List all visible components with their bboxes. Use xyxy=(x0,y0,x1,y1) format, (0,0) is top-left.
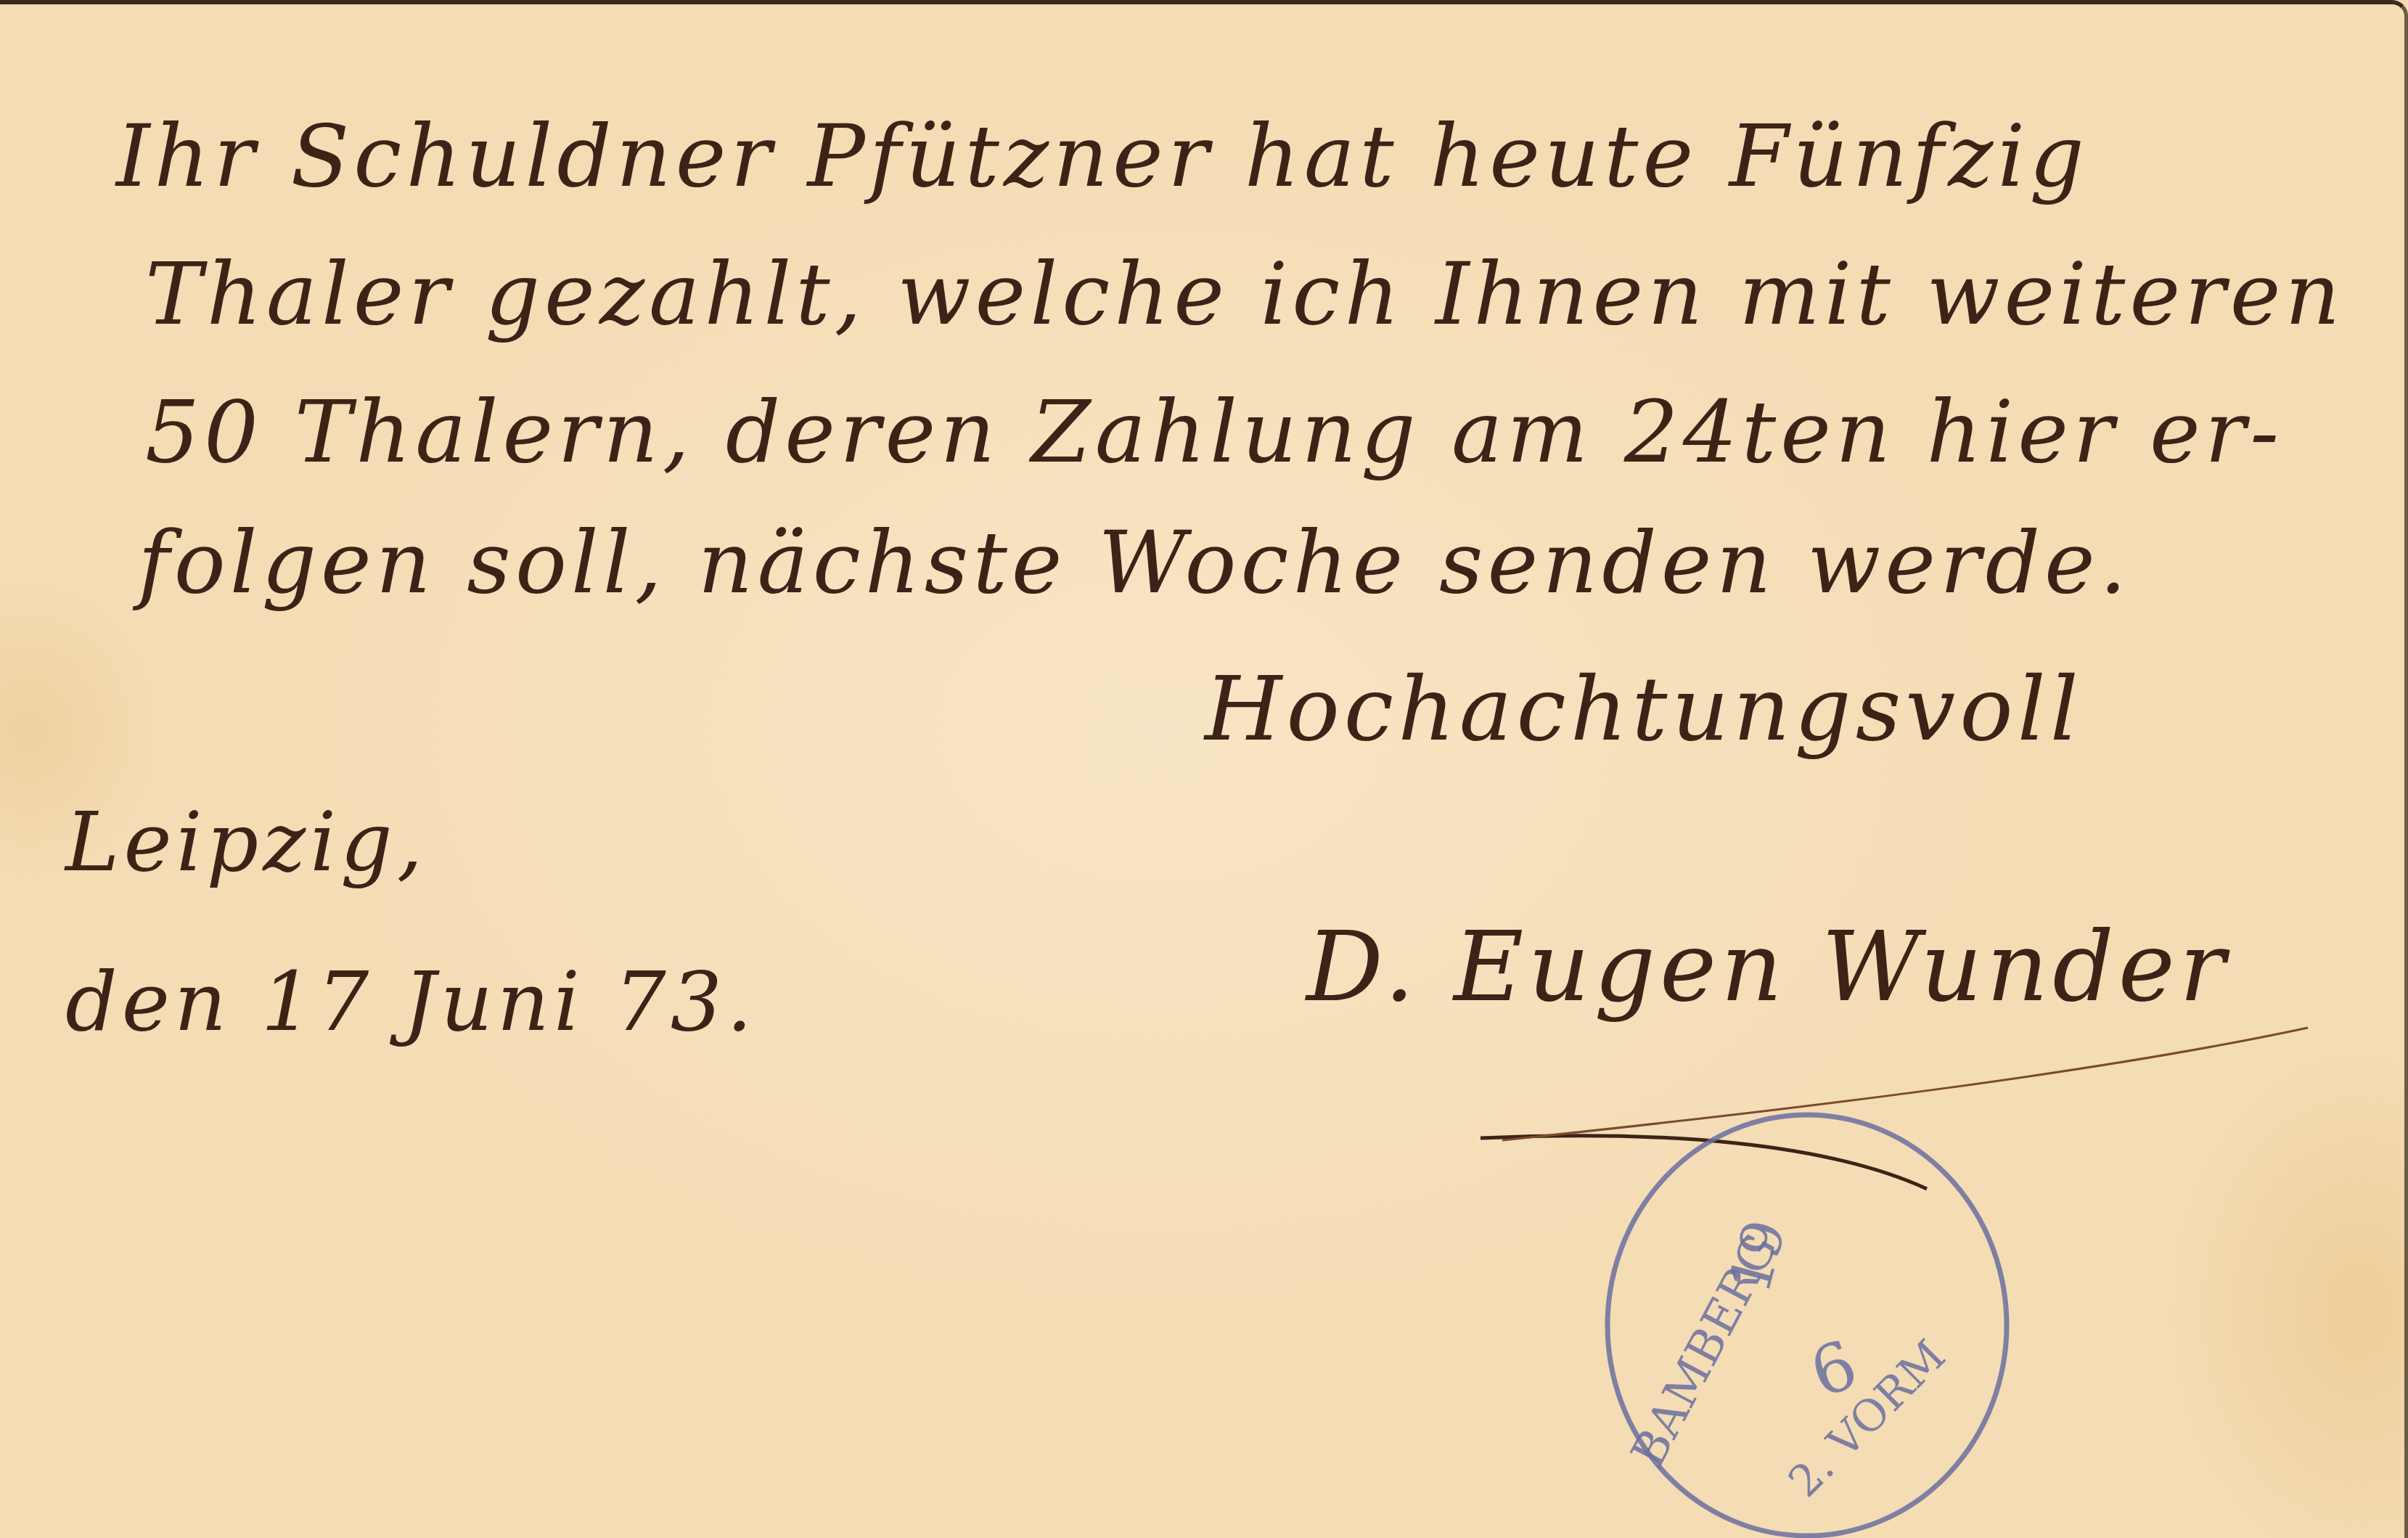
postmark-time: 2. VORM xyxy=(1779,1330,1956,1508)
postmark-day: 19 xyxy=(1717,1214,1799,1300)
letter-line-2: Thaler gezahlt, welche ich Ihnen mit wei… xyxy=(145,244,2345,344)
signature-flourish xyxy=(0,4,2408,1538)
letter-line-3: 50 Thalern, deren Zahlung am 24ten hier … xyxy=(145,382,2283,482)
date-line: den 17 Juni 73. xyxy=(65,955,757,1050)
postcard: Ihr Schuldner Pfützner hat heute Fünfzig… xyxy=(0,0,2408,1538)
letter-line-4: folgen soll, nächste Woche senden werde. xyxy=(138,512,2131,613)
signature: D. Eugen Wunder xyxy=(1306,912,2229,1023)
letter-line-1: Ihr Schuldner Pfützner hat heute Fünfzig xyxy=(116,106,2089,206)
place-line: Leipzig, xyxy=(65,795,427,890)
letter-closing: Hochachtungsvoll xyxy=(1205,658,2083,761)
postmark-stamp: BAMBERG 19 6 2. VORM xyxy=(1589,1093,2025,1538)
